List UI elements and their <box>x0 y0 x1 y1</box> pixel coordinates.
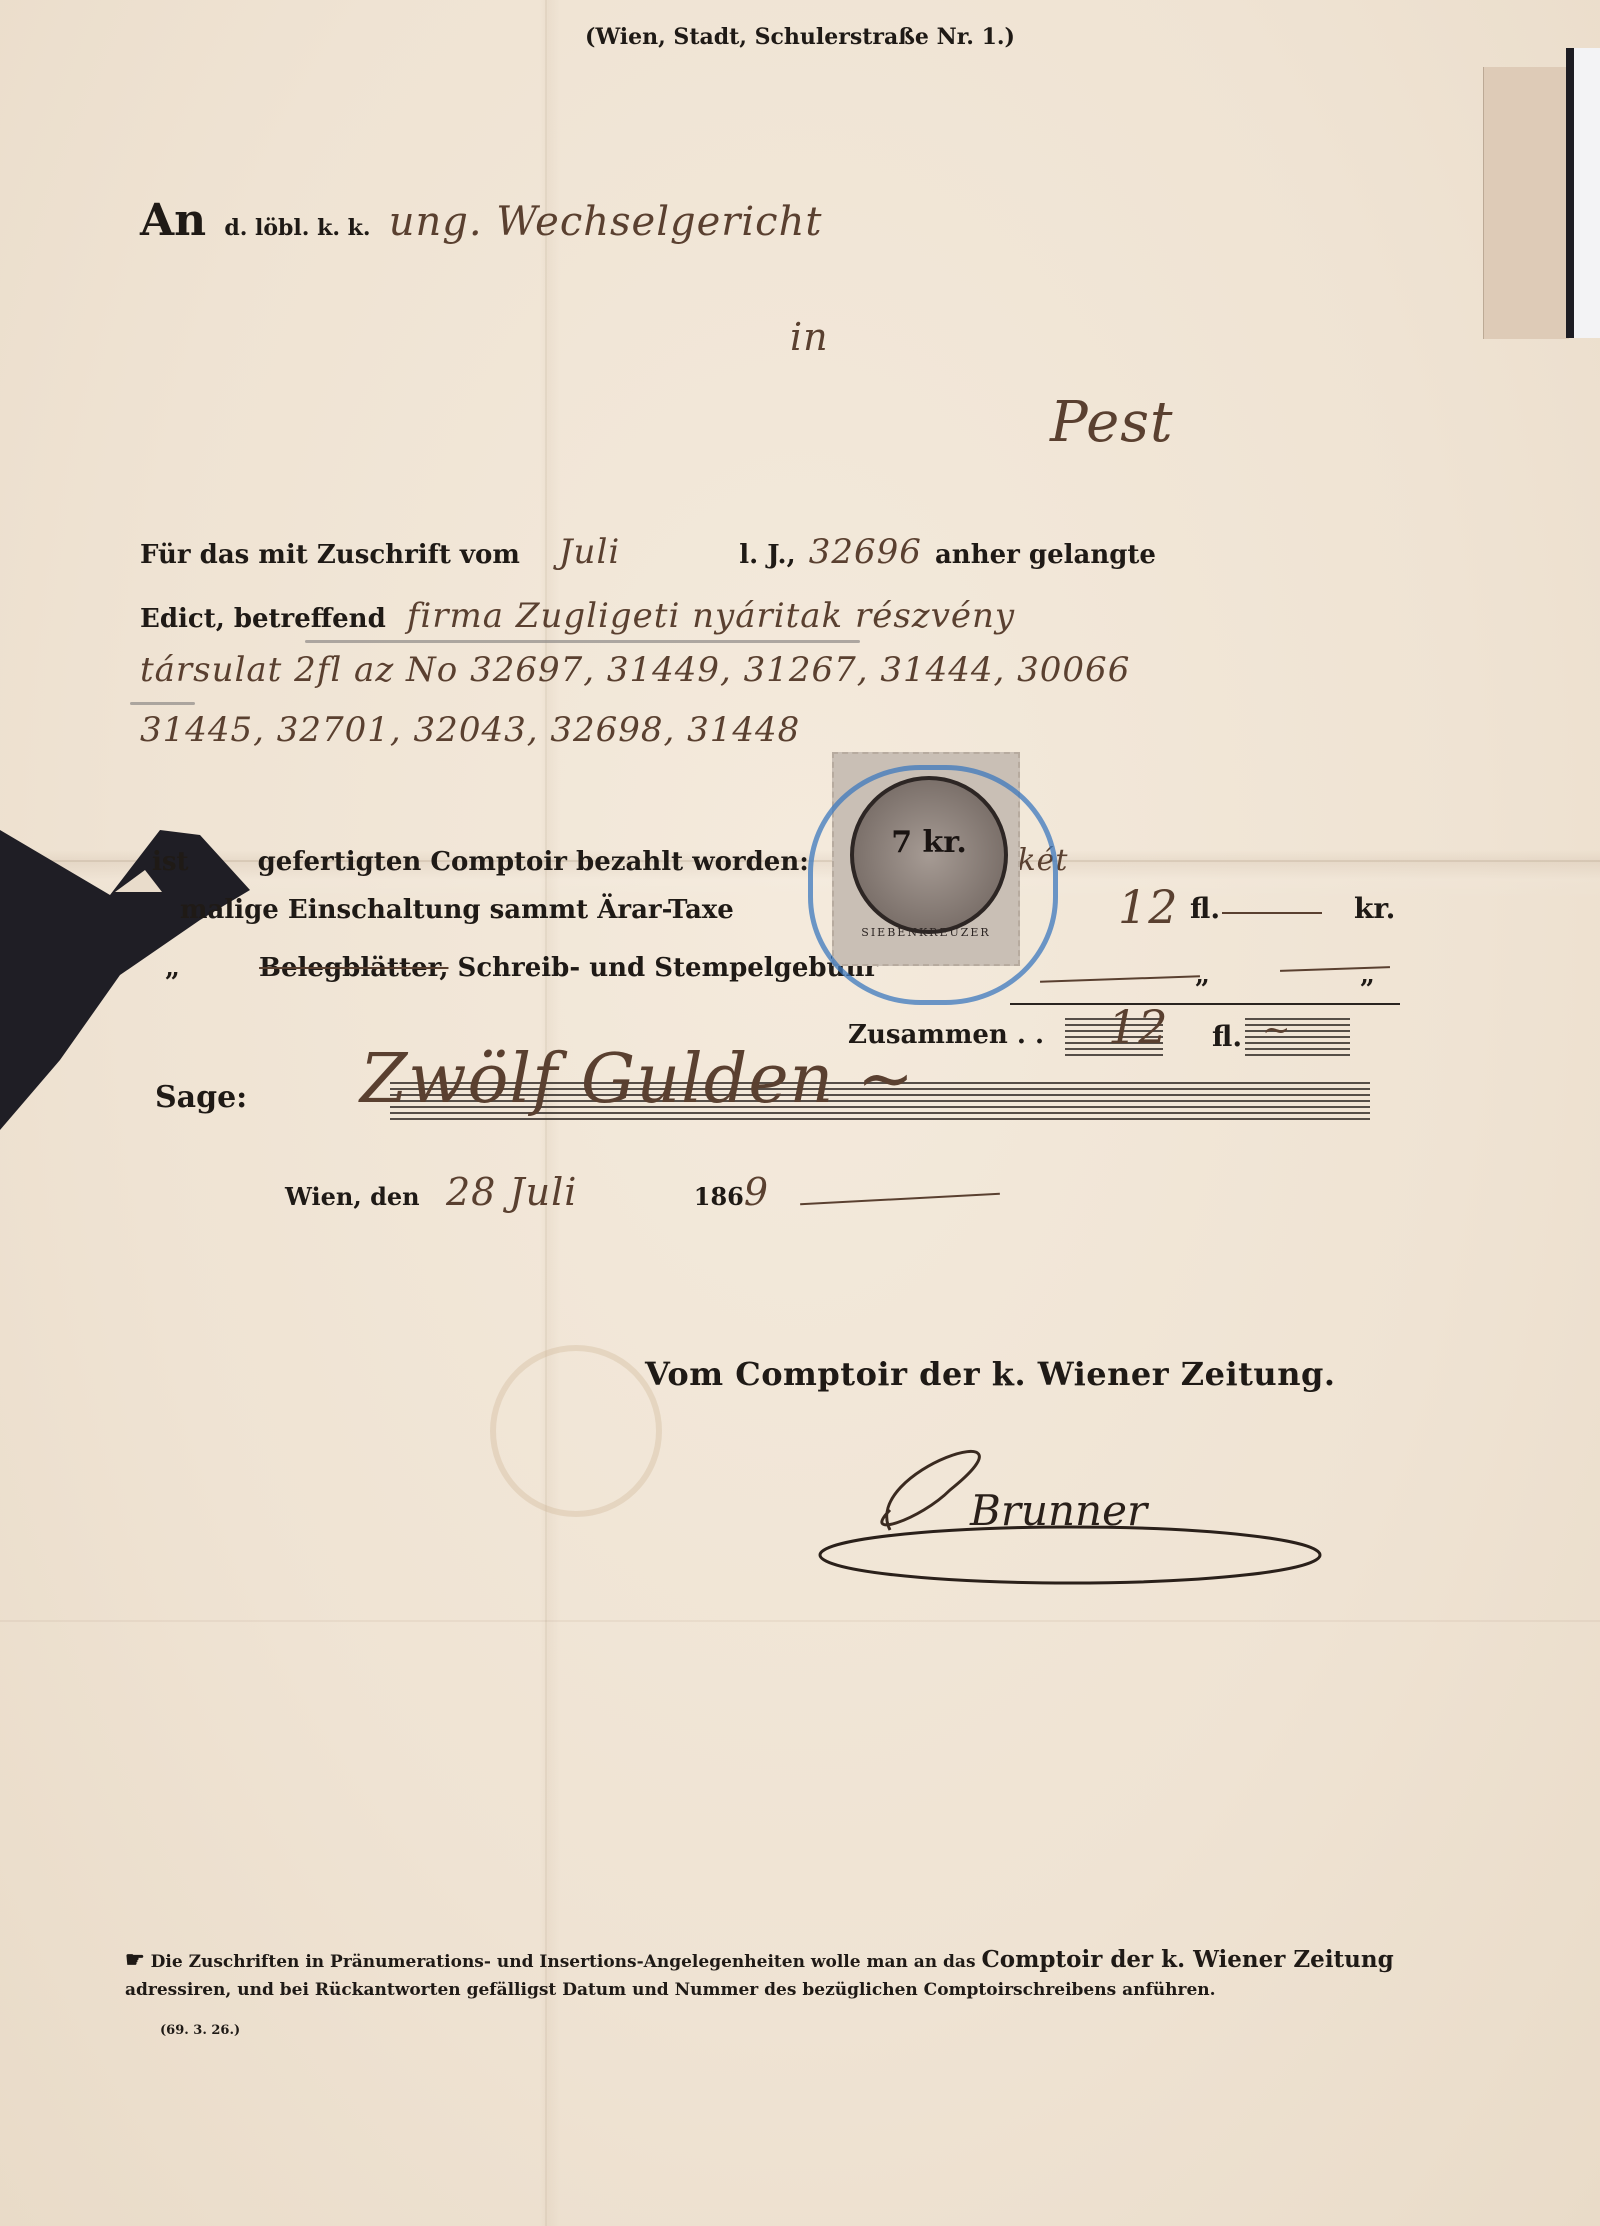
sage-label: Sage: <box>155 1080 247 1115</box>
footer-note: ☛ Die Zuschriften in Pränumerations- und… <box>125 1946 1395 2004</box>
paid-printed-a: ist <box>152 847 189 877</box>
line1-printed-c: anher gelangte <box>935 540 1156 570</box>
sage-words: Zwölf Gulden ~ <box>360 1040 915 1119</box>
backing-edge-black <box>1566 48 1574 338</box>
zusammen-kr: ~ <box>1262 1010 1292 1050</box>
date-year-hand: 9 <box>744 1170 769 1214</box>
line1-hand-date: Juli <box>559 532 620 572</box>
signature-text: Brunner <box>969 1486 1150 1535</box>
body-line-4: 31445, 32701, 32043, 32698, 31448 <box>140 710 800 750</box>
addressee-printed-abbrev: d. löbl. k. k. <box>224 215 370 241</box>
cost-row-fl-amount: 12 <box>1118 880 1179 934</box>
hatch-kr <box>1245 1018 1350 1060</box>
addressee-handwritten-name: ung. Wechselgericht <box>389 199 823 245</box>
fees-row-ditto-fl: „ <box>1195 960 1210 990</box>
date-place: Wien, den <box>285 1182 420 1211</box>
footer-note-a: Die Zuschriften in Pränumerations- und I… <box>151 1952 976 1972</box>
sum-rule <box>1010 1003 1400 1005</box>
fees-row-label: Schreib- und Stempelgebühr <box>458 953 879 983</box>
issuer-line: Vom Comptoir der k. Wiener Zeitung. <box>645 1355 1335 1393</box>
line1-printed-a: Für das mit Zuschrift vom <box>140 540 520 570</box>
pointing-hand-icon: ☛ <box>125 1947 145 1973</box>
addressee-place: Pest <box>1050 390 1174 455</box>
zusammen-fl-amount: 12 <box>1108 1000 1169 1054</box>
faint-postmark <box>490 1345 662 1517</box>
tape-strip <box>1483 67 1569 339</box>
header-address: (Wien, Stadt, Schulerstraße Nr. 1.) <box>0 24 1600 50</box>
fees-row: „ Belegblätter, Schreib- und Stempelgebü… <box>165 953 878 983</box>
fees-row-struck: Belegblätter, <box>259 953 448 983</box>
zusammen-fl-unit: fl. <box>1212 1020 1242 1053</box>
fees-row-ditto-kr: „ <box>1360 960 1375 990</box>
cost-row-label: malige Einschaltung sammt Ärar-Taxe <box>180 895 734 925</box>
pencil-underline-2 <box>130 702 195 705</box>
addressee-line: An d. löbl. k. k. ung. Wechselgericht <box>140 195 822 246</box>
body-line-3: társulat 2fl az No 32697, 31449, 31267, … <box>140 650 1130 690</box>
footer-note-b: adressiren, und bei Rückantworten gefäll… <box>125 1980 1216 2000</box>
body-line-2: Edict, betreffend firma Zugligeti nyárit… <box>140 596 1015 636</box>
cost-row-kr-dash <box>1222 912 1322 914</box>
pencil-underline <box>305 640 860 643</box>
line1-hand-number: 32696 <box>809 532 922 572</box>
cost-row-fl-unit: fl. <box>1190 892 1220 925</box>
line1-printed-b: l. J., <box>739 540 795 570</box>
backing-edge-white <box>1574 48 1600 338</box>
addressee-in-word: in <box>790 315 829 359</box>
signature-flourish: Brunner <box>800 1430 1360 1590</box>
date-day-month: 28 Juli <box>446 1170 577 1214</box>
line2-hand: firma Zugligeti nyáritak részvény <box>407 596 1015 636</box>
line2-printed: Edict, betreffend <box>140 604 386 634</box>
fold-crease-horizontal-lower <box>0 1620 1600 1622</box>
footer-form-code: (69. 3. 26.) <box>160 2023 240 2038</box>
stamp-cancel-ring <box>808 765 1058 1005</box>
footer-note-emph: Comptoir der k. Wiener Zeitung <box>981 1946 1393 1973</box>
cost-row-kr-unit: kr. <box>1354 892 1395 925</box>
paid-printed-b: gefertigten Comptoir bezahlt worden: <box>258 847 809 877</box>
date-line: Wien, den 28 Juli 1869 <box>285 1170 769 1214</box>
body-line-1: Für das mit Zuschrift vom Juli l. J., 32… <box>140 532 1156 572</box>
addressee-prefix: An <box>140 195 206 246</box>
date-year-printed: 186 <box>694 1182 744 1211</box>
fees-row-ditto: „ <box>165 953 180 983</box>
